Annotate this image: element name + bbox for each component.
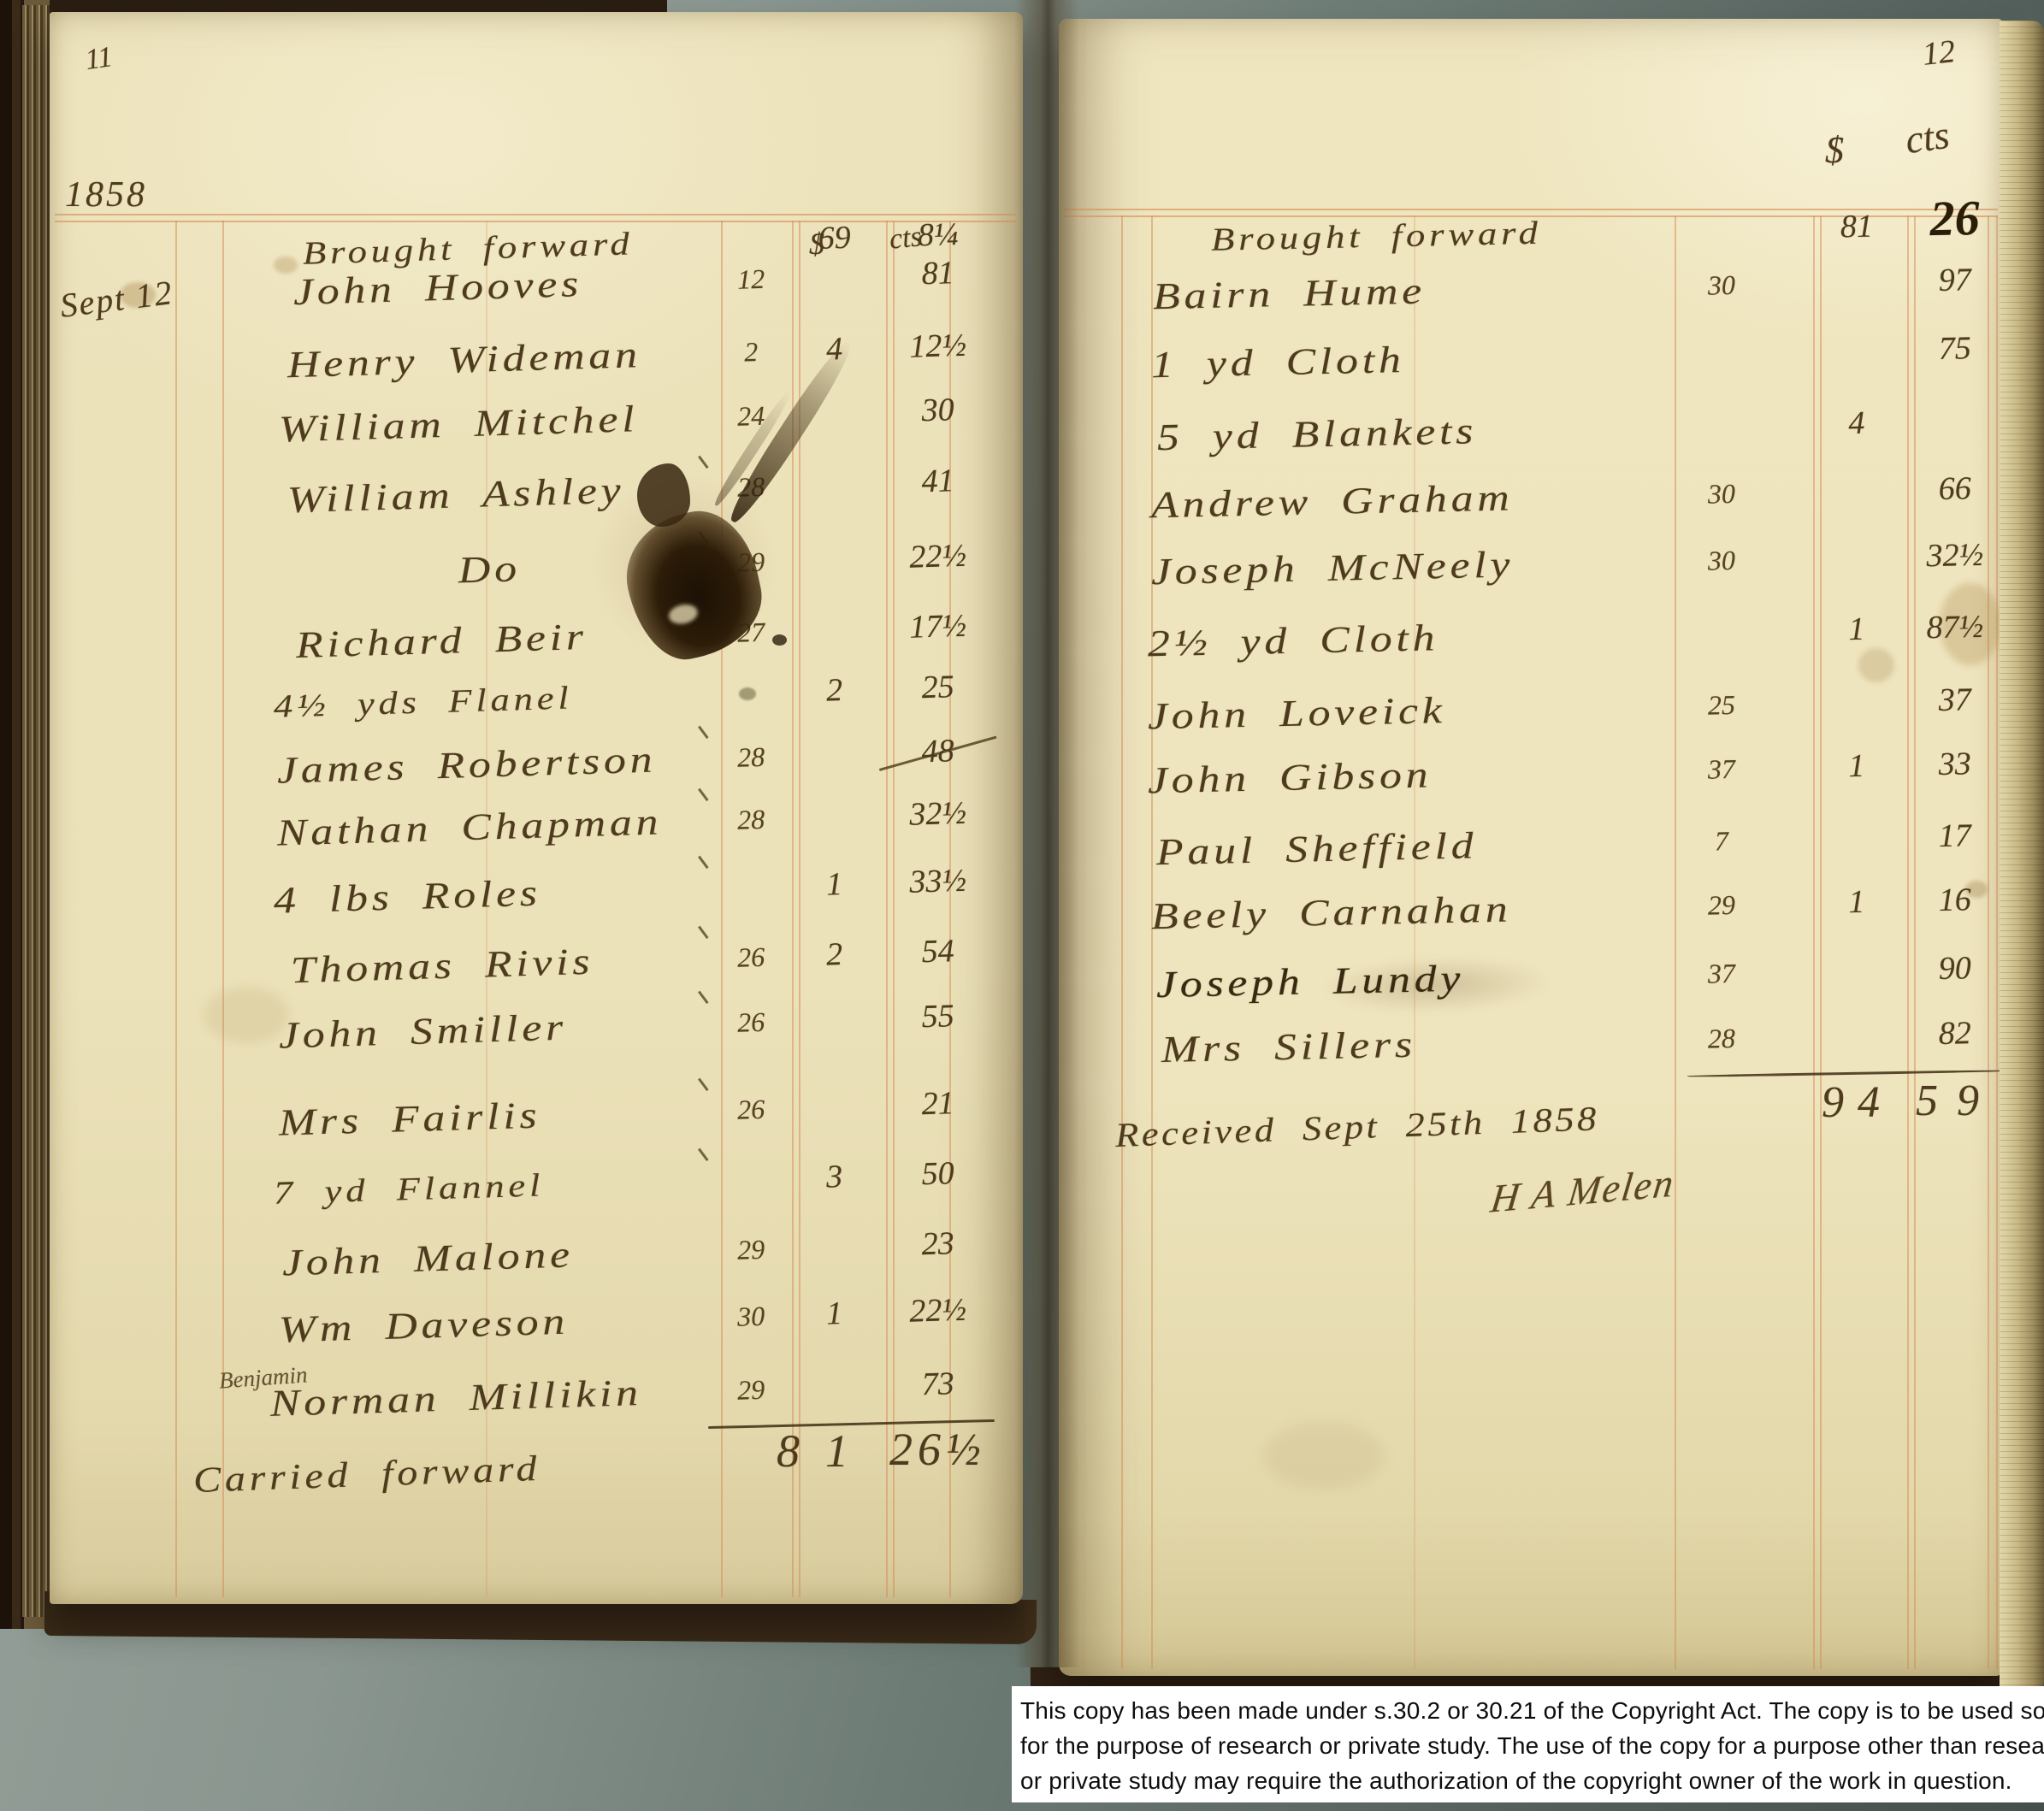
ledger-row: Paul Sheffield717	[1058, 807, 2003, 882]
entry-day: 28	[710, 791, 793, 848]
entry-cents: 17	[1903, 807, 2006, 864]
entry-cents: 33½	[883, 852, 993, 911]
entry-cents: 32½	[883, 785, 993, 843]
entry-cents: 17½	[883, 598, 993, 656]
entry-description: Brought forward	[1210, 206, 1542, 268]
ledger-row: 4 lbs Roles133½	[49, 852, 1023, 935]
tick-mark	[698, 856, 709, 869]
entry-day: 30	[1669, 532, 1773, 588]
entry-day: 30	[710, 1288, 793, 1345]
entry-cents: 97	[1903, 251, 2006, 308]
entry-description: John Loveick	[1147, 683, 1446, 744]
entry-description: Beely Carnahan	[1150, 882, 1512, 944]
ledger-row: 1 yd Cloth75	[1058, 320, 2003, 394]
entry-day: 2	[710, 323, 793, 380]
entry-cents: 32½	[1903, 527, 2006, 583]
entry-cents: 37	[1903, 671, 2006, 728]
entry-dollars: 2	[786, 662, 883, 719]
entry-day: 26	[710, 1081, 793, 1138]
ledger-row: Mrs Sillers2882	[1058, 1005, 2003, 1079]
entry-day: 26	[710, 929, 793, 986]
entry-description: Wm Daveson	[278, 1295, 570, 1358]
entry-dollars: 3	[786, 1148, 883, 1206]
entry-cents: 12½	[883, 317, 993, 375]
ledger-row: Joseph Lundy3790	[1058, 940, 2003, 1014]
entry-description: Bairn Hume	[1152, 264, 1426, 325]
entry-description: Mrs Sillers	[1161, 1018, 1416, 1077]
ledger-row: Beely Carnahan29116	[1058, 871, 2003, 946]
entry-cents: 87½	[1903, 599, 2006, 655]
entry-cents: 73	[883, 1355, 993, 1413]
tick-mark	[698, 991, 709, 1004]
ledger-row: 2½ yd Cloth187½	[1058, 599, 2003, 673]
entry-cents: 54	[883, 923, 993, 981]
entry-cents: 41	[883, 452, 993, 510]
entry-dollars: 4	[1809, 395, 1904, 451]
entry-dollars: 4	[786, 321, 883, 378]
entry-description: 4 lbs Roles	[273, 866, 542, 929]
entry-day: 24	[710, 387, 793, 445]
entry-day: 25	[1669, 676, 1773, 733]
copyright-line: This copy has been made under s.30.2 or …	[1020, 1693, 2044, 1728]
entry-dollars: 1	[786, 1285, 883, 1342]
entry-description: Henry Wideman	[287, 327, 642, 392]
entry-description: William Ashley	[287, 463, 625, 528]
tick-mark	[698, 1148, 709, 1161]
entry-day: 30	[1669, 257, 1773, 313]
tick-mark	[698, 926, 709, 939]
entry-cents: 48	[883, 723, 993, 781]
entry-cents: 26	[1903, 192, 2006, 245]
entry-description: Joseph McNeely	[1150, 537, 1514, 599]
tick-mark	[698, 456, 709, 469]
entry-description: 4½ yds Flanel	[273, 670, 573, 734]
entry-description: Andrew Graham	[1150, 470, 1514, 533]
entry-cents: 16	[1903, 871, 2006, 928]
tick-mark	[698, 788, 709, 801]
entry-day: 28	[1669, 1010, 1773, 1066]
entry-day: 28	[710, 729, 793, 786]
entry-day: 7	[1669, 812, 1773, 869]
ledger-row: John Loveick2537	[1058, 671, 2003, 746]
entry-cents: 90	[1903, 940, 2006, 996]
entry-day: 29	[710, 534, 793, 591]
entry-cents: 25	[883, 658, 993, 717]
entry-description: James Robertson	[276, 733, 657, 799]
entry-description: Do Do	[458, 535, 729, 598]
entry-day: 29	[710, 1361, 793, 1419]
ledger-row: Do Do2922½	[49, 527, 1023, 611]
copyright-notice: This copy has been made under s.30.2 or …	[1012, 1686, 2044, 1802]
book-fore-edge	[2000, 21, 2044, 1696]
book-spine	[0, 0, 50, 1629]
entry-description: Mrs Fairlis	[278, 1088, 541, 1151]
entry-cents: 23	[883, 1215, 993, 1273]
entry-dollars: 81	[1809, 198, 1904, 255]
entry-cents: 75	[1903, 320, 2006, 376]
entry-dollars: 2	[786, 926, 883, 983]
entry-cents: 30	[883, 381, 993, 439]
ledger-photo: 11 1858 Sept 12 $ cts Benjamin 81 26½ Ca…	[0, 0, 2044, 1811]
entry-description: John Smiller	[278, 1000, 568, 1064]
entry-cents: 22½	[883, 528, 993, 586]
ledger-row: Joseph McNeely3032½	[1058, 527, 2003, 601]
entry-dollars: 1	[1809, 738, 1904, 794]
entry-cents: 21	[883, 1075, 993, 1133]
ledger-page-left: 11 1858 Sept 12 $ cts Benjamin 81 26½ Ca…	[50, 12, 1023, 1604]
entry-description: Richard Beir	[295, 610, 588, 673]
ledger-row: Andrew Graham3066	[1058, 460, 2003, 534]
entry-day: 37	[1669, 740, 1773, 797]
entry-cents: 55	[883, 988, 993, 1046]
tick-mark	[698, 1078, 709, 1091]
entry-description: John Gibson	[1147, 747, 1433, 808]
entry-description: 7 yd Flannel	[273, 1158, 545, 1220]
ledger-row: 7 yd Flannel350	[49, 1144, 1023, 1228]
entry-cents: 33	[1903, 735, 2006, 792]
entry-description: John Malone	[281, 1227, 575, 1290]
entry-description: Norman Millikin	[269, 1366, 643, 1431]
page-stack-edge	[22, 5, 50, 1617]
entry-dollars: 1	[1809, 601, 1904, 658]
entry-day: 30	[1669, 465, 1773, 522]
entry-description: 5 yd Blankets	[1156, 404, 1477, 465]
entry-description: Joseph Lundy	[1155, 952, 1464, 1013]
copyright-line: for the purpose of research or private s…	[1020, 1728, 2044, 1763]
entry-day: 29	[710, 1221, 793, 1278]
entry-description: Nathan Chapman	[276, 794, 663, 860]
entry-cents: 66	[1903, 460, 2006, 516]
entry-cents: 82	[1903, 1005, 2006, 1061]
ledger-row: 5 yd Blankets4	[1058, 392, 2003, 467]
entry-day: 28	[710, 458, 793, 516]
entry-cents: 22½	[883, 1282, 993, 1340]
entry-day: 26	[710, 994, 793, 1051]
ledger-row: Mrs Fairlis2621	[49, 1074, 1023, 1158]
entry-day: 12	[710, 251, 793, 308]
entry-day: 27	[710, 604, 793, 661]
entry-description: John Hooves	[292, 257, 583, 320]
entry-day: 29	[1669, 876, 1773, 933]
ledger-page-right: 12 $ cts 94 59 Received Sept 25th 1858 H…	[1059, 19, 2003, 1676]
tick-mark	[698, 726, 709, 739]
ledger-row: John Gibson37133	[1058, 735, 2003, 810]
entry-description: 2½ yd Cloth	[1147, 611, 1438, 671]
ledger-row: William Ashley2841	[49, 451, 1023, 535]
entry-dollars: 1	[786, 856, 883, 913]
entry-description: William Mitchel	[278, 392, 639, 457]
copyright-line: or private study may require the authori…	[1020, 1763, 2044, 1798]
ledger-row: Norman Millikin2973	[49, 1354, 1023, 1438]
entry-cents: 81	[883, 245, 993, 303]
entry-day: 37	[1669, 945, 1773, 1001]
entry-description: Paul Sheffield	[1155, 818, 1478, 880]
entry-description: Thomas Rivis	[290, 935, 594, 998]
entry-description: 1 yd Cloth	[1150, 333, 1405, 392]
entry-dollars: 1	[1809, 874, 1904, 930]
entry-cents: 50	[883, 1145, 993, 1203]
